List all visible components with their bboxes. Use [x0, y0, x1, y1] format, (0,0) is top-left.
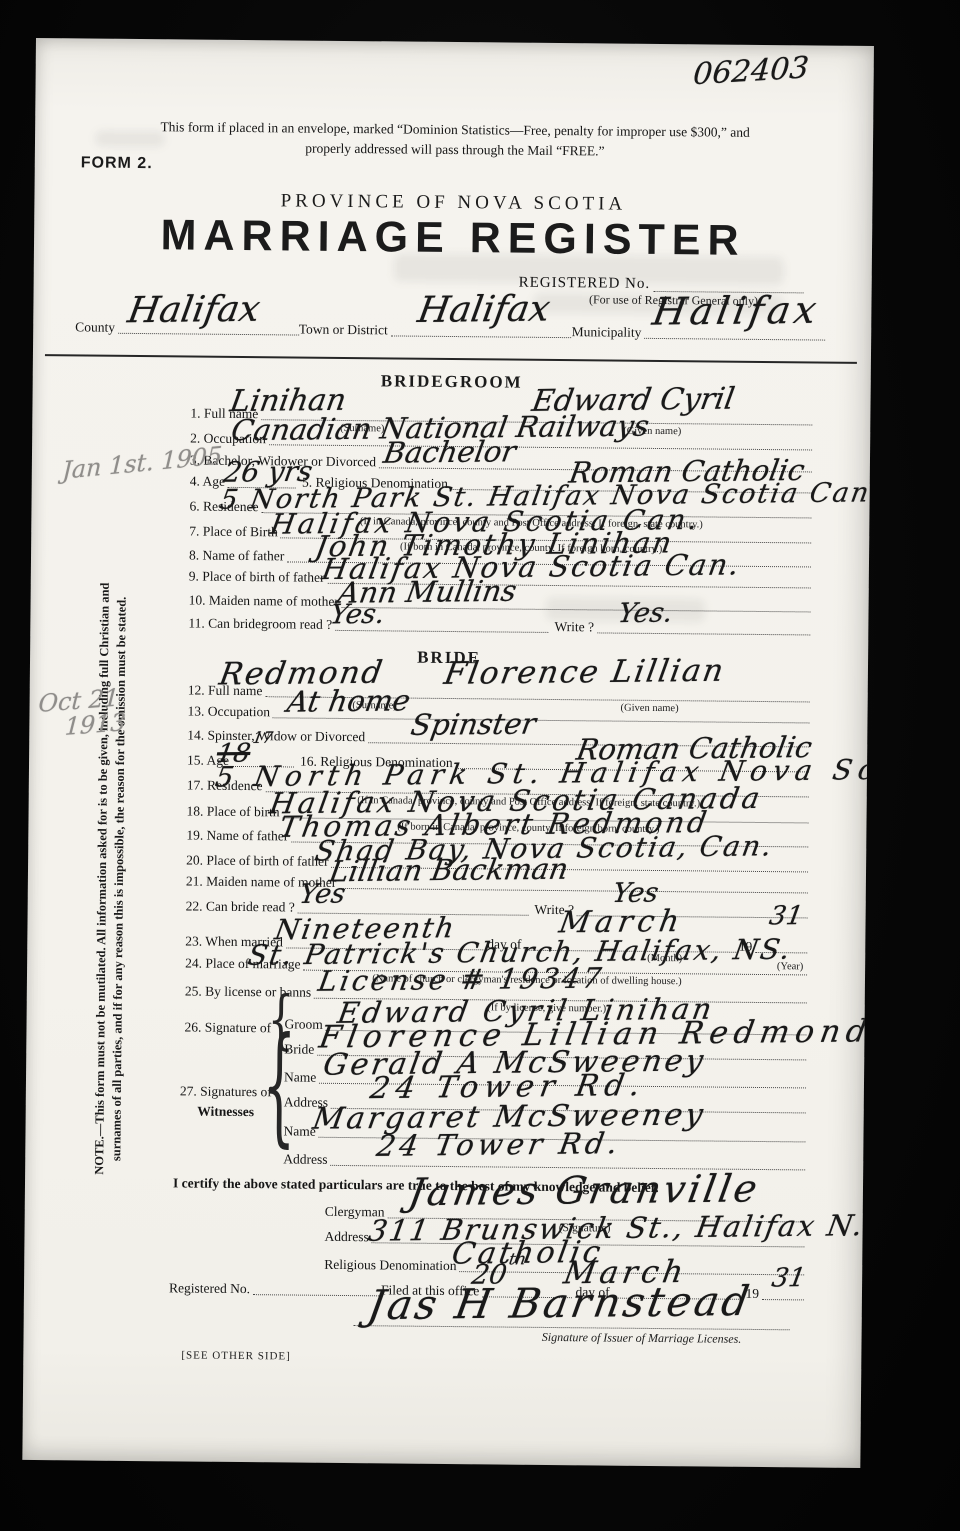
filed-registered-no-blank	[253, 1272, 381, 1296]
issuer-signature-caption: Signature of Issuer of Marriage Licenses…	[493, 1330, 789, 1345]
county-label: County	[75, 320, 118, 334]
bride-mother-value: Lillian Backman	[327, 855, 570, 887]
bride-givenname-value: Florence Lillian	[442, 656, 728, 690]
town-value: Halifax	[415, 292, 552, 329]
municipality-label: Municipality	[572, 325, 645, 339]
serial-number: 062403	[692, 53, 810, 90]
filed-registered-no-label: Registered No.	[169, 1281, 253, 1295]
groom-write-value: Yes.	[616, 600, 675, 628]
witness2-address-label: Address	[283, 1152, 330, 1166]
groom-age-value: 26 yrs	[221, 458, 314, 487]
form-paper: 062403 This form if placed in an envelop…	[22, 38, 874, 1468]
bride-occupation-value: At home	[285, 686, 412, 716]
clergyman-signature-value: James Granville	[406, 1169, 763, 1211]
signature-of-label: 26. Signature of	[184, 1019, 271, 1036]
groom-write-label: Write ?	[548, 619, 597, 633]
groom-read-value: Yes.	[328, 601, 387, 629]
filed-year-value: 31	[770, 1265, 808, 1291]
county-value: Halifax	[125, 292, 262, 329]
groom-status-value: Bachelor	[381, 437, 518, 467]
groom-read-write-row: 11. Can bridegroom read ? Write ?	[188, 607, 810, 635]
bride-status-value: Spinster	[409, 710, 538, 740]
pencil-note-bride-birthdate: Oct 21 1913	[36, 685, 128, 743]
license-label: 25. By license or banns	[185, 984, 314, 999]
mail-notice: This form if placed in an envelope, mark…	[105, 117, 805, 163]
mail-notice-line1: This form if placed in an envelope, mark…	[160, 119, 749, 140]
groom-birthplace-label: 7. Place of Birth	[189, 524, 281, 538]
mail-notice-line2: properly addressed will pass through the…	[305, 140, 604, 158]
see-other-side: [SEE OTHER SIDE]	[181, 1349, 291, 1362]
bride-age-corrected: 17	[251, 729, 274, 747]
clergyman-address-label: Address	[324, 1229, 371, 1243]
witness2-address-value: 24 Tower Rd.	[375, 1129, 624, 1161]
margin-note-line2: surnames of all parties, and if for any …	[109, 597, 128, 1161]
header-divider	[45, 354, 857, 364]
municipality-value: Halifax	[650, 291, 823, 331]
year-value: 31	[767, 903, 805, 929]
clergyman-address-value: 311 Brunswick St., Halifax N.S.	[366, 1211, 874, 1246]
bride-occupation-label: 13. Occupation	[187, 704, 273, 718]
witnesses-label-line2: Witnesses	[197, 1104, 254, 1120]
groom-read-label: 11. Can bridegroom read ?	[188, 616, 335, 631]
bride-write-value: Yes	[611, 880, 661, 907]
page-title: MARRIAGE REGISTER	[34, 210, 872, 267]
bride-read-value: Yes	[297, 881, 347, 908]
filed-day-suffix: th	[508, 1249, 528, 1268]
witness1-name-label: Name	[284, 1070, 319, 1084]
witnesses-label: 27. Signatures of Witnesses	[180, 1081, 272, 1122]
groom-father-birthplace-label: 9. Place of birth of father	[189, 569, 328, 584]
bride-read-label: 22. Can bride read ?	[186, 899, 298, 914]
form-number: FORM 2.	[81, 154, 153, 173]
clergyman-religion-label: Religious Denomination	[324, 1257, 459, 1272]
bride-father-label: 19. Name of father	[186, 828, 291, 843]
bride-status-label: 14. Spinster, Widow or Divorced	[187, 728, 368, 743]
witnesses-label-line1: 27. Signatures of	[180, 1083, 272, 1099]
scanned-marriage-register: { "scan": { "serial": "062403", "pencil_…	[0, 0, 960, 1531]
bridegroom-section-title: BRIDEGROOM	[33, 368, 871, 396]
margin-note: NOTE.—This form must not be mutilated. A…	[90, 508, 133, 1250]
town-label: Town or District	[299, 322, 391, 336]
groom-mother-label: 10. Maiden name of mother	[189, 593, 342, 608]
issuer-signature-value: Jas H Barnstead	[365, 1281, 755, 1326]
license-value: License # 19347	[316, 965, 606, 996]
